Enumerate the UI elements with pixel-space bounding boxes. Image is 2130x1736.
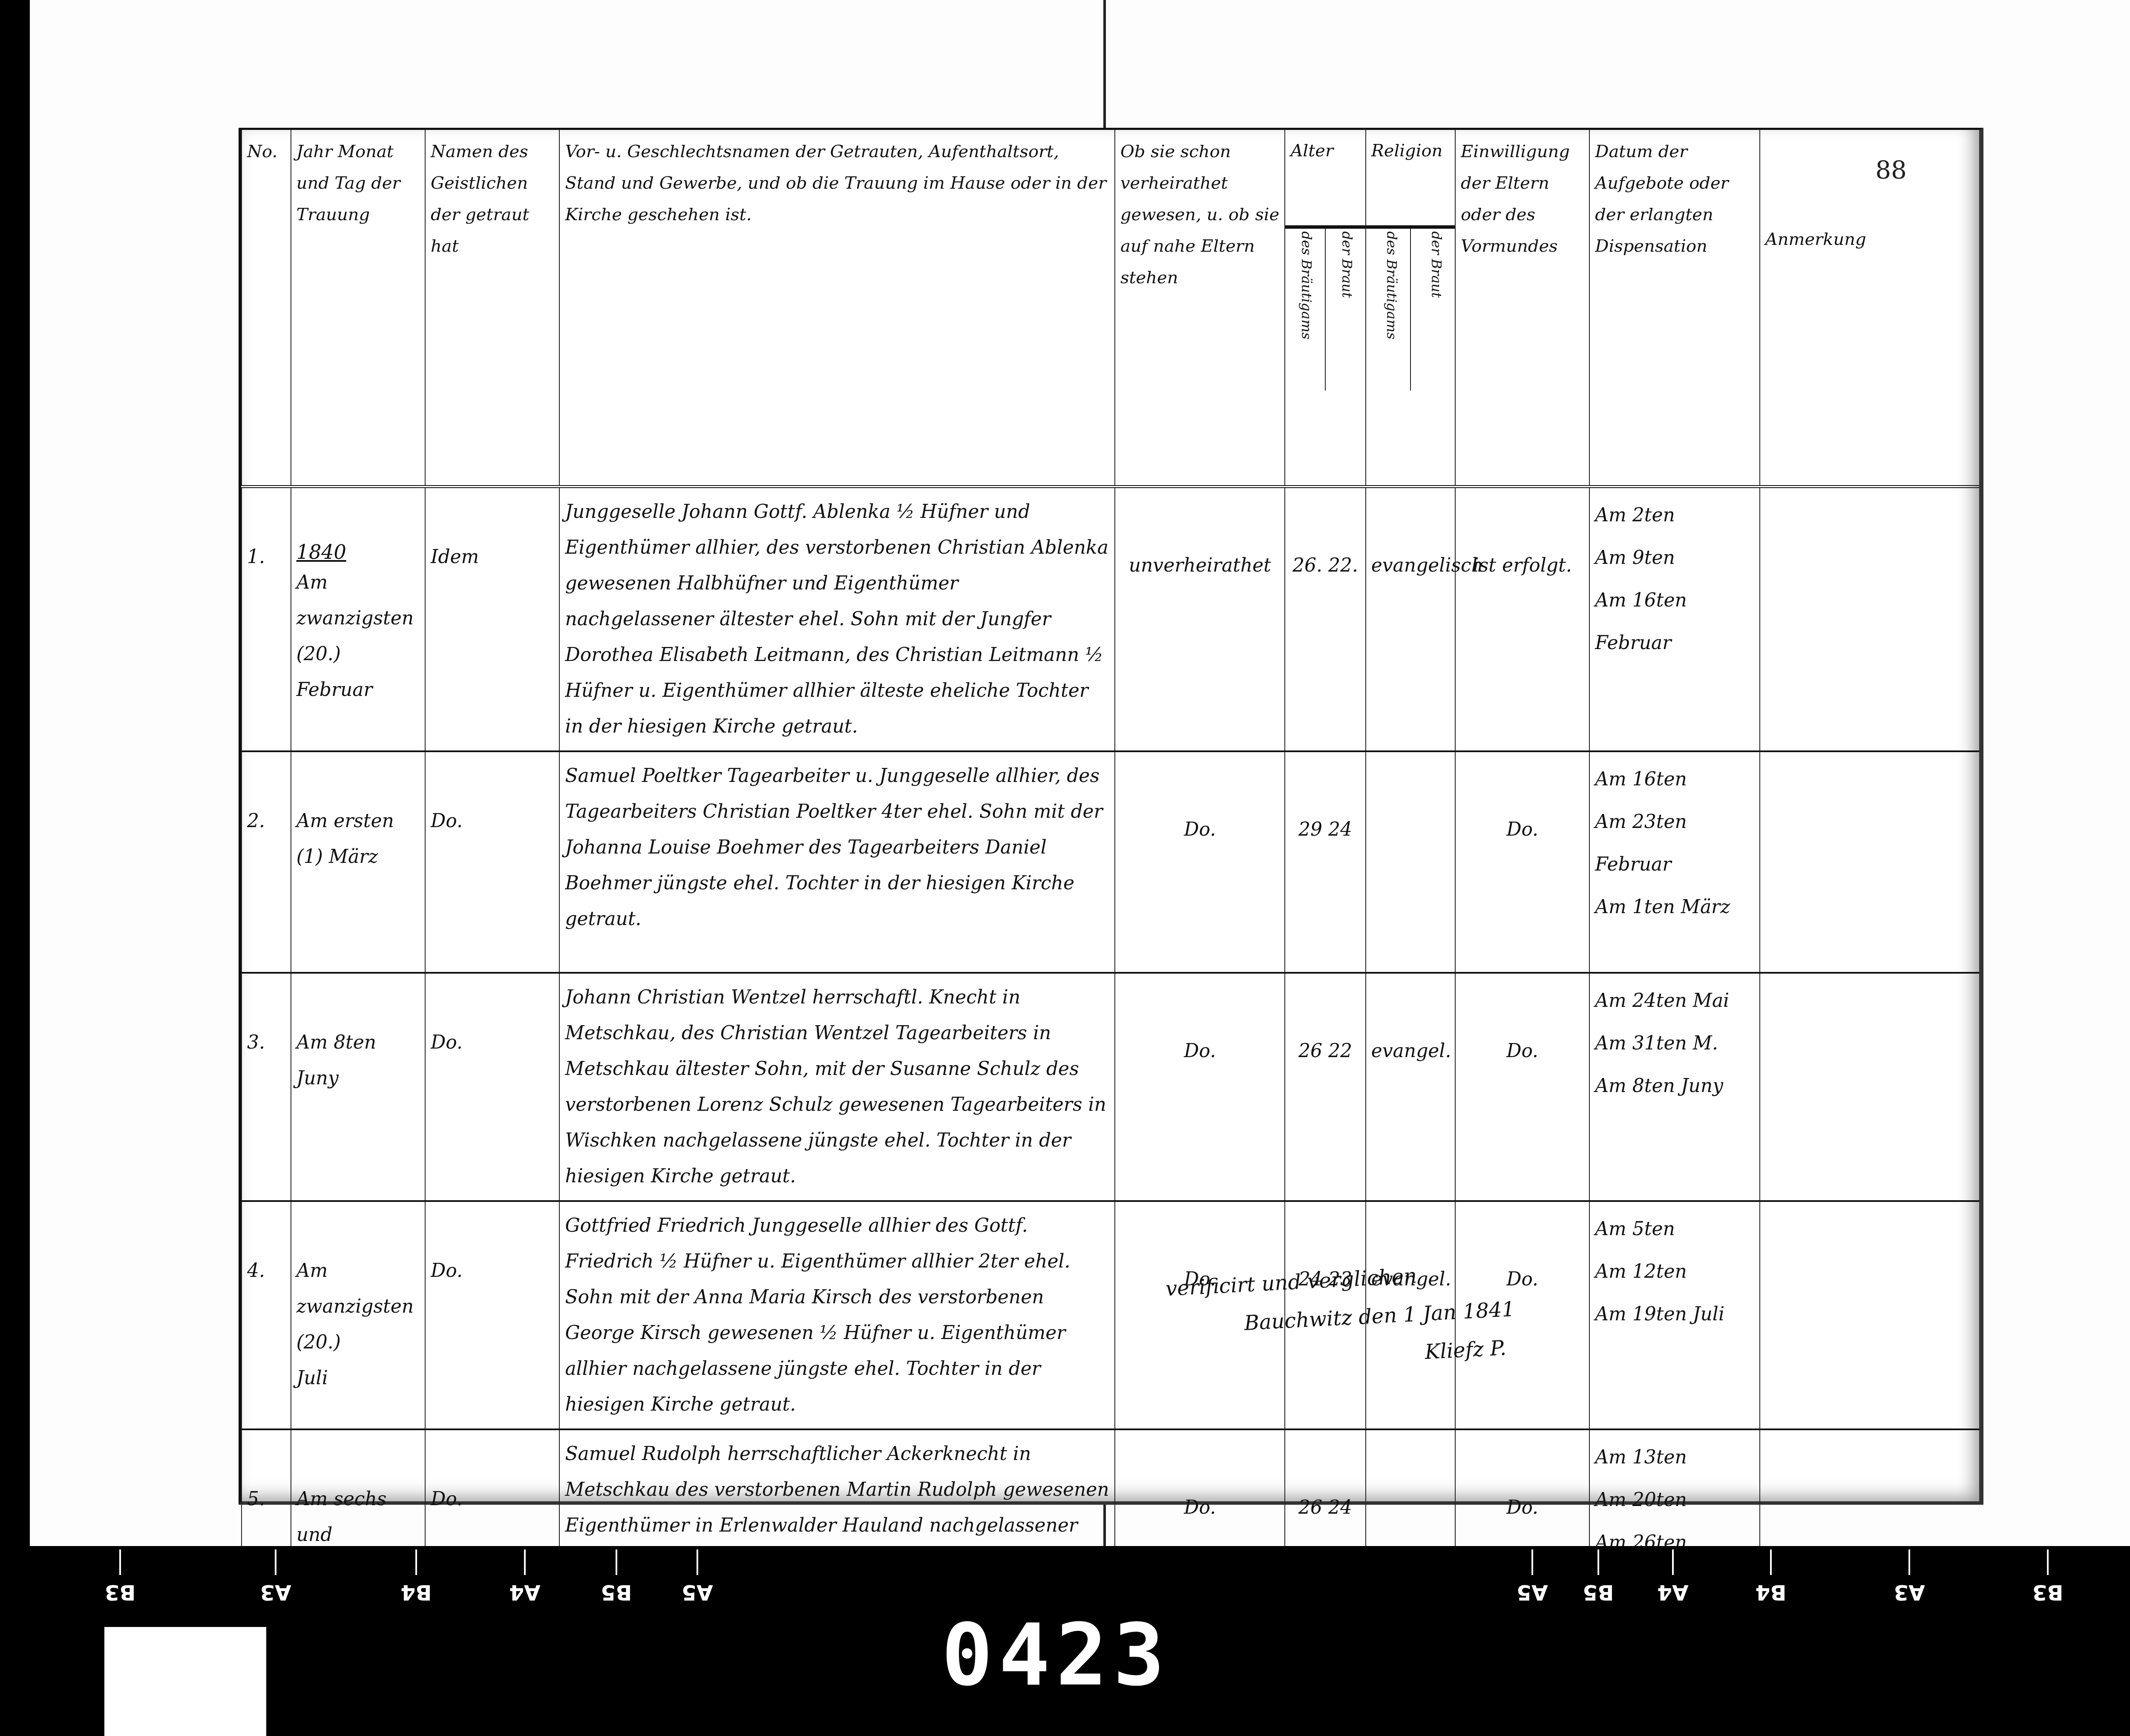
- entry-marital-status: Do.: [1115, 751, 1285, 973]
- banns-date: Am 31ten M.: [1595, 1022, 1754, 1065]
- film-marker-tick: [275, 1549, 276, 1575]
- film-marker-tick: [1770, 1549, 1772, 1575]
- entry-consent: Do.: [1455, 973, 1589, 1201]
- entry-date-line: Am ersten: [296, 803, 420, 839]
- entry-remarks: [1760, 751, 1979, 973]
- entry-age: 29 24: [1285, 751, 1365, 973]
- film-marker-label: A5: [680, 1580, 714, 1605]
- film-marker-label: B3: [103, 1580, 137, 1605]
- header-status: Ob sie schon verheirathet gewesen, u. ob…: [1115, 130, 1285, 487]
- entry-date-line: (1) März: [296, 839, 420, 875]
- film-marker-label: A4: [508, 1580, 542, 1605]
- header-religion-groom: des Bräutigams: [1366, 229, 1410, 391]
- entry-date-line: Am zwanzigsten: [296, 565, 420, 636]
- header-clergy: Namen des Geistlichen der getraut hat: [425, 130, 559, 487]
- entry-date-line: Am zwanzigsten: [296, 1253, 420, 1325]
- entry-clergy: Idem: [425, 487, 559, 752]
- entry-names: Junggeselle Johann Gottf. Ablenka ½ Hüfn…: [559, 487, 1115, 752]
- film-marker-label: A3: [1892, 1580, 1926, 1605]
- film-marker-tick: [1597, 1549, 1599, 1575]
- entry-marriage-date: Am zwanzigsten(20.)Juli: [291, 1201, 425, 1429]
- entry-date-line: (20.): [296, 636, 420, 672]
- banns-date: Am 8ten Juny: [1595, 1065, 1754, 1107]
- header-religion: Religion des Bräutigams der Braut: [1366, 130, 1455, 487]
- entry-remarks: [1760, 487, 1979, 752]
- entry-number: 4.: [242, 1201, 291, 1429]
- header-age: Alter des Bräutigams der Braut: [1285, 130, 1365, 487]
- entry-marital-status: unverheirathet: [1115, 487, 1285, 752]
- header-remarks: Anmerkung: [1760, 130, 1979, 487]
- film-marker-tick: [616, 1549, 617, 1575]
- header-nr: No.: [242, 130, 291, 487]
- banns-date: Am 16ten: [1595, 758, 1754, 801]
- entry-banns-dates: Am 24ten MaiAm 31ten M.Am 8ten Juny: [1589, 973, 1759, 1201]
- entry-banns-dates: Am 2tenAm 9tenAm 16ten Februar: [1589, 487, 1759, 752]
- film-marker-tick: [524, 1549, 526, 1575]
- entry-names: Samuel Poeltker Tagearbeiter u. Junggese…: [559, 751, 1115, 973]
- entry-age: 26. 22.: [1285, 487, 1365, 752]
- entry-date-line: Februar: [296, 672, 420, 708]
- age-bride: 22: [1328, 1040, 1352, 1062]
- register-entry: 4.Am zwanzigsten(20.)JuliDo.Gottfried Fr…: [242, 1201, 1979, 1429]
- marriage-register-table: No. Jahr Monat und Tag der Trauung Namen…: [241, 130, 1979, 1694]
- film-marker-label: B4: [399, 1580, 433, 1605]
- film-marker-tick: [119, 1549, 121, 1575]
- entry-clergy: Do.: [425, 751, 559, 973]
- entry-number: 2.: [242, 751, 291, 973]
- entry-remarks: [1760, 1201, 1979, 1429]
- header-religion-bride: der Braut: [1410, 229, 1455, 391]
- entry-marital-status: Do.: [1115, 973, 1285, 1201]
- banns-date: Am 1ten März: [1595, 886, 1754, 928]
- age-groom: 29: [1298, 819, 1322, 840]
- film-marker-label: B3: [2031, 1580, 2065, 1605]
- entry-number: 1.: [242, 487, 291, 752]
- film-marker-tick: [415, 1549, 417, 1575]
- register-page: 88 No. Jahr Monat und Tag der Trauung Na…: [239, 128, 1983, 1505]
- entry-date-line: Juny: [296, 1061, 420, 1096]
- film-marker-label: A5: [1515, 1580, 1549, 1605]
- register-entry: 3.Am 8tenJunyDo.Johann Christian Wentzel…: [242, 973, 1979, 1201]
- age-groom: 26: [1298, 1497, 1322, 1518]
- banns-date: Am 13ten: [1595, 1436, 1754, 1479]
- entry-clergy: Do.: [425, 973, 559, 1201]
- microfilm-strip: B3A3B4A4B5A5A5B5A4B4A3B3 0423: [0, 1546, 2130, 1736]
- film-marker-tick: [1908, 1549, 1910, 1575]
- age-groom: 26: [1298, 1040, 1322, 1062]
- banns-date: Am 9ten: [1595, 537, 1754, 579]
- entry-marriage-date: 1840Am zwanzigsten(20.)Februar: [291, 487, 425, 752]
- entry-names: Gottfried Friedrich Junggeselle allhier …: [559, 1201, 1115, 1429]
- film-marker-tick: [1531, 1549, 1533, 1575]
- film-marker-tick: [2047, 1549, 2049, 1575]
- banns-date: Am 24ten Mai: [1595, 980, 1754, 1022]
- film-marker-label: B5: [599, 1580, 633, 1605]
- film-blank-patch: [104, 1627, 266, 1736]
- header-age-groom: des Bräutigams: [1285, 229, 1325, 391]
- age-groom: 26.: [1292, 555, 1322, 576]
- film-marker-tick: [1672, 1549, 1674, 1575]
- frame-number: 0423: [941, 1606, 1171, 1705]
- entry-date-line: Am 8ten: [296, 1025, 420, 1061]
- entry-date-line: Juli: [296, 1360, 420, 1396]
- age-bride: 22.: [1328, 555, 1358, 576]
- film-marker-tick: [697, 1549, 698, 1575]
- entry-religion: evangelisch: [1366, 487, 1455, 752]
- film-marker-label: A3: [259, 1580, 293, 1605]
- register-entry: 2.Am ersten(1) MärzDo.Samuel Poeltker Ta…: [242, 751, 1979, 973]
- header-age-bride: der Braut: [1325, 229, 1365, 391]
- entry-date-line: (20.): [296, 1325, 420, 1360]
- entry-marriage-date: Am 8tenJuny: [291, 973, 425, 1201]
- entry-religion: evangel.: [1366, 973, 1455, 1201]
- entry-clergy: Do.: [425, 1201, 559, 1429]
- entry-consent: Do.: [1455, 751, 1589, 973]
- film-marker-label: B4: [1754, 1580, 1788, 1605]
- banns-date: Am 2ten: [1595, 494, 1754, 537]
- entry-number: 3.: [242, 973, 291, 1201]
- entry-consent: ist erfolgt.: [1455, 487, 1589, 752]
- entry-marriage-date: Am ersten(1) März: [291, 751, 425, 973]
- header-banns: Datum der Aufgebote oder der erlangten D…: [1589, 130, 1759, 487]
- entry-age: 26 22: [1285, 973, 1365, 1201]
- entry-names: Johann Christian Wentzel herrschaftl. Kn…: [559, 973, 1115, 1201]
- banns-date: Am 16ten Februar: [1595, 579, 1754, 664]
- film-marker-label: A4: [1656, 1580, 1690, 1605]
- entry-religion: [1366, 751, 1455, 973]
- age-bride: 24: [1328, 819, 1352, 840]
- banns-date: Am 23ten Februar: [1595, 801, 1754, 886]
- film-marker-label: B5: [1581, 1580, 1615, 1605]
- header-date: Jahr Monat und Tag der Trauung: [291, 130, 425, 487]
- register-entry: 1.1840Am zwanzigsten(20.)FebruarIdemJung…: [242, 487, 1979, 752]
- entry-year: 1840: [296, 539, 420, 565]
- entry-date-line: Am sechs: [296, 1481, 420, 1517]
- entry-remarks: [1760, 973, 1979, 1201]
- header-names: Vor- u. Geschlechtsnamen der Getrauten, …: [559, 130, 1115, 487]
- entry-banns-dates: Am 16tenAm 23ten FebruarAm 1ten März: [1589, 751, 1759, 973]
- header-row: No. Jahr Monat und Tag der Trauung Namen…: [242, 130, 1979, 487]
- age-bride: 24: [1328, 1497, 1352, 1518]
- header-consent: Einwilligung der Eltern oder des Vormund…: [1455, 130, 1589, 487]
- banns-date: Am 20ten: [1595, 1479, 1754, 1521]
